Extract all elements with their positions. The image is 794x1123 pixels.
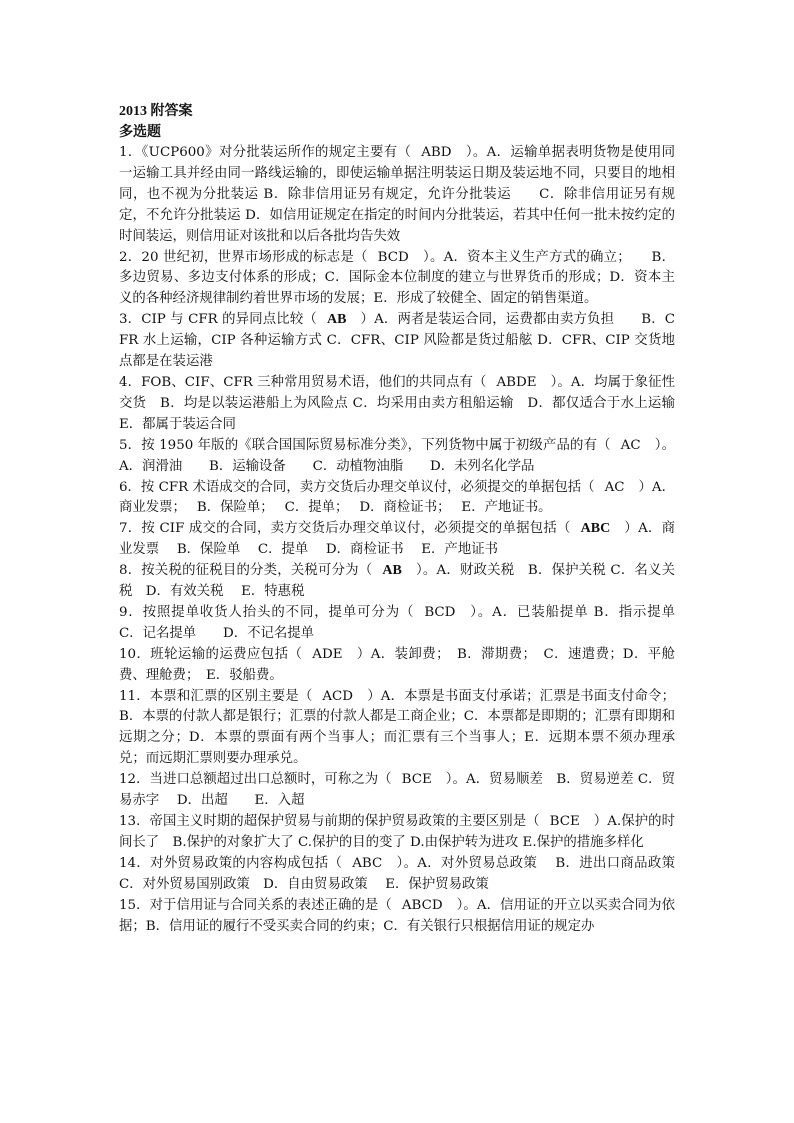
question-item: 9．按照提单收货人抬头的不同，提单可分为（BCD）。A．已装船提单 B．指示提单… (119, 603, 675, 645)
answer-key: ABCD (392, 896, 457, 917)
question-item: 6．按 CFR 术语成交的合同，卖方交货后办理交单议付，必须提交的单据包括（AC… (119, 478, 675, 520)
question-item: 14．对外贸易政策的内容构成包括（ABC）。A．对外贸易总政策 B．进出口商品政… (119, 854, 675, 896)
question-stem: 9．按照提单收货人抬头的不同，提单可分为（ (119, 605, 414, 620)
answer-key: BCD (414, 603, 469, 624)
answer-key: AB (372, 561, 415, 582)
question-item: 10．班轮运输的运费应包括（ADE）A．装卸费； B．滞期费； C．速遣费；D．… (119, 645, 675, 687)
question-stem: 3．CIP 与 CFR 的异同点比较（ (119, 312, 317, 327)
section-heading: 多选题 (119, 122, 675, 143)
question-item: 3．CIP 与 CFR 的异同点比较（AB）A．两者是装运合同，运费都由卖方负担… (119, 310, 675, 373)
question-item: 13．帝国主义时期的超保护贸易与前期的保护贸易政策的主要区别是（BCE）A.保护… (119, 812, 675, 854)
question-stem: 2．20 世纪初，世界市场形成的标志是（ (119, 250, 368, 265)
question-stem: 5．按 1950 年版的《联合国国际贸易标准分类》，下列货物中属于初级产品的有（ (119, 438, 611, 453)
answer-key: ABC (342, 854, 396, 875)
question-stem: 14．对外贸易政策的内容构成包括（ (119, 856, 342, 871)
document-page: 2013 附答案 多选题 1．《UCP600》对分批装运所作的规定主要有（ABD… (119, 101, 675, 937)
answer-key: AB (317, 310, 360, 331)
question-item: 1．《UCP600》对分批装运所作的规定主要有（ABD）。A．运输单据表明货物是… (119, 143, 675, 248)
question-item: 15．对于信用证与合同关系的表述正确的是（ABCD）。A．信用证的开立以买卖合同… (119, 896, 675, 938)
answer-key: ABDE (486, 373, 550, 394)
question-stem: 6．按 CFR 术语成交的合同，卖方交货后办理交单议付，必须提交的单据包括（ (119, 480, 595, 495)
question-stem: 1．《UCP600》对分批装运所作的规定主要有（ (119, 145, 411, 160)
question-stem: 8．按关税的征税目的分类，关税可分为（ (119, 563, 372, 578)
question-item: 5．按 1950 年版的《联合国国际贸易标准分类》，下列货物中属于初级产品的有（… (119, 436, 675, 478)
answer-key: BCE (540, 812, 594, 833)
question-stem: 15．对于信用证与合同关系的表述正确的是（ (119, 898, 392, 913)
answer-key: ABC (571, 519, 625, 540)
question-item: 2．20 世纪初，世界市场形成的标志是（BCD）。A．资本主义生产方式的确立； … (119, 248, 675, 311)
question-item: 12．当进口总额超过出口总额时，可称之为（BCE）。A．贸易顺差 B．贸易逆差 … (119, 770, 675, 812)
question-item: 8．按关税的征税目的分类，关税可分为（AB）。A．财政关税 B．保护关税 C．名… (119, 561, 675, 603)
question-item: 11．本票和汇票的区别主要是（ACD）A．本票是书面支付承诺；汇票是书面支付命令… (119, 687, 675, 771)
answer-key: BCD (368, 248, 423, 269)
question-item: 7．按 CIF 成交的合同，卖方交货后办理交单议付，必须提交的单据包括（ABC）… (119, 519, 675, 561)
question-stem: 13．帝国主义时期的超保护贸易与前期的保护贸易政策的主要区别是（ (119, 814, 540, 829)
answer-key: ABD (411, 143, 465, 164)
answer-key: BCE (392, 770, 446, 791)
question-list: 1．《UCP600》对分批装运所作的规定主要有（ABD）。A．运输单据表明货物是… (119, 143, 675, 937)
answer-key: AC (611, 436, 655, 457)
answer-key: AC (595, 478, 639, 499)
question-stem: 10．班轮运输的运费应包括（ (119, 647, 302, 662)
question-stem: 4．FOB、CIF、CFR 三种常用贸易术语，他们的共同点有（ (119, 375, 486, 390)
question-item: 4．FOB、CIF、CFR 三种常用贸易术语，他们的共同点有（ABDE）。A．均… (119, 373, 675, 436)
answer-key: ACD (312, 687, 367, 708)
document-title: 2013 附答案 (119, 101, 675, 122)
question-stem: 7．按 CIF 成交的合同，卖方交货后办理交单议付，必须提交的单据包括（ (119, 521, 571, 536)
question-stem: 12．当进口总额超过出口总额时，可称之为（ (119, 772, 392, 787)
answer-key: ADE (302, 645, 356, 666)
question-stem: 11．本票和汇票的区别主要是（ (119, 689, 312, 704)
